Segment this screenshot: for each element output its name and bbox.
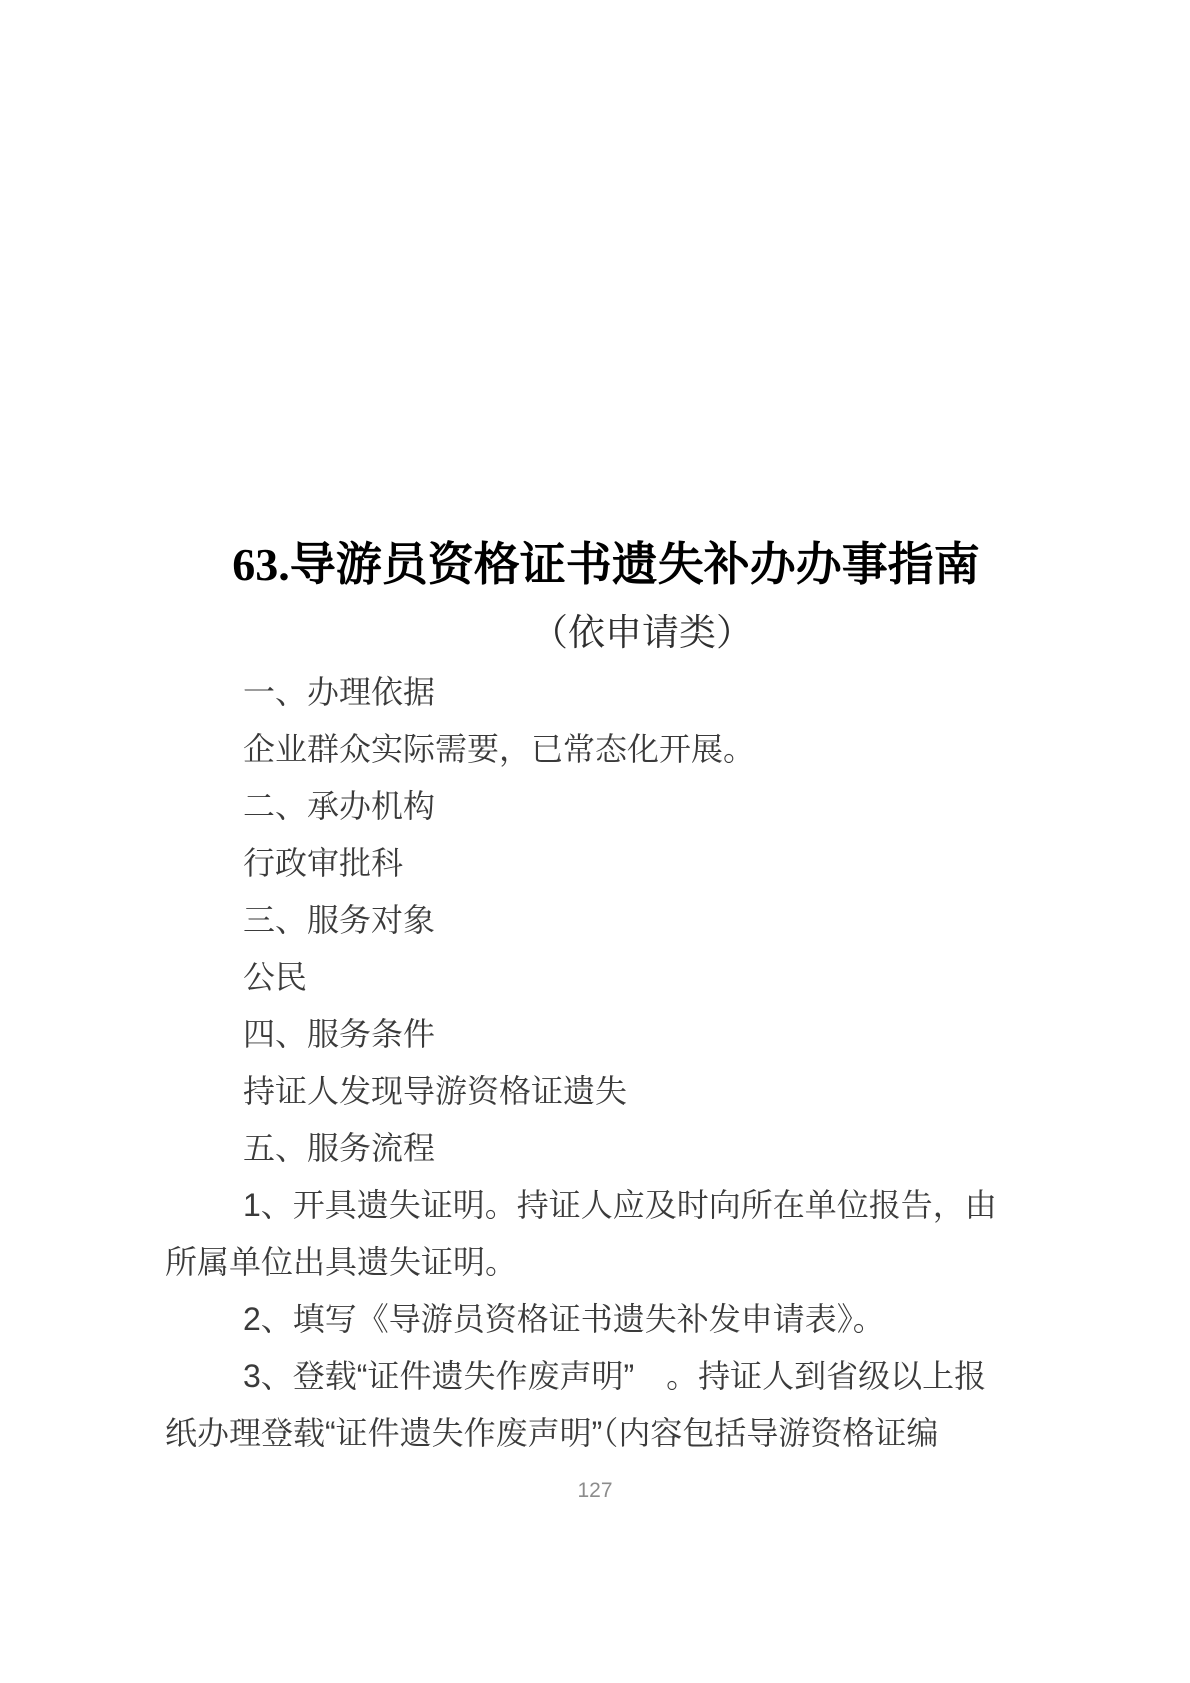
body-line-step-1: 1、开具遗失证明。持证人应及时向所在单位报告，由 xyxy=(165,1177,1025,1234)
document-subtitle: （依申请类） xyxy=(47,611,1190,655)
body-line-heading-2: 二、承办机构 xyxy=(165,778,1025,835)
body-line-paragraph: 企业群众实际需要，已常态化开展。 xyxy=(165,721,1025,778)
document-page: 63.导游员资格证书遗失补办办事指南 （依申请类） 一、办理依据 企业群众实际需… xyxy=(0,0,1190,1683)
body-line-step-1-cont: 所属单位出具遗失证明。 xyxy=(165,1234,1025,1291)
body-line-paragraph: 公民 xyxy=(165,949,1025,1006)
body-line-heading-3: 三、服务对象 xyxy=(165,892,1025,949)
body-line-step-3: 3、登载“证件遗失作废声明” 。持证人到省级以上报 xyxy=(165,1348,1025,1405)
document-title: 63.导游员资格证书遗失补办办事指南 xyxy=(11,536,1190,594)
document-body: 一、办理依据 企业群众实际需要，已常态化开展。 二、承办机构 行政审批科 三、服… xyxy=(165,664,1025,1462)
body-line-paragraph: 行政审批科 xyxy=(165,835,1025,892)
page-number: 127 xyxy=(0,1477,1190,1504)
body-line-heading-5: 五、服务流程 xyxy=(165,1120,1025,1177)
body-line-paragraph: 持证人发现导游资格证遗失 xyxy=(165,1063,1025,1120)
body-line-heading-1: 一、办理依据 xyxy=(165,664,1025,721)
body-line-heading-4: 四、服务条件 xyxy=(165,1006,1025,1063)
body-line-step-3-cont: 纸办理登载“证件遗失作废声明”（内容包括导游资格证编 xyxy=(165,1405,1025,1462)
body-line-step-2: 2、填写《导游员资格证书遗失补发申请表》。 xyxy=(165,1291,1025,1348)
